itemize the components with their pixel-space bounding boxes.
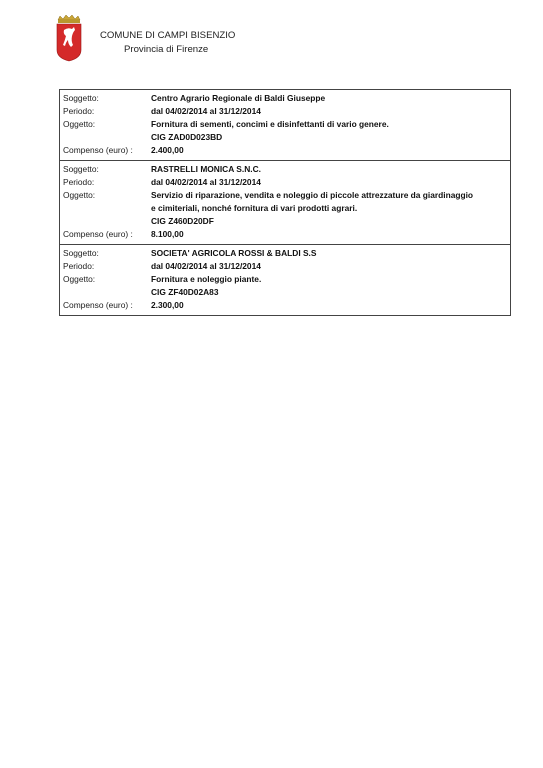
periodo-value: dal 04/02/2014 al 31/12/2014: [151, 176, 510, 189]
oggetto-row: Oggetto:Fornitura di sementi, concimi e …: [60, 118, 510, 144]
compenso-label: Compenso (euro) :: [60, 299, 151, 312]
oggetto-label: Oggetto:: [60, 189, 151, 228]
oggetto-line: e cimiteriali, nonché fornitura di vari …: [151, 202, 508, 215]
periodo-row: Periodo:dal 04/02/2014 al 31/12/2014: [60, 260, 510, 273]
oggetto-label: Oggetto:: [60, 273, 151, 299]
soggetto-label: Soggetto:: [60, 92, 151, 105]
province-name: Provincia di Firenze: [124, 44, 208, 55]
soggetto-value: Centro Agrario Regionale di Baldi Giusep…: [151, 92, 510, 105]
oggetto-value: Fornitura e noleggio piante.CIG ZF40D02A…: [151, 273, 510, 299]
soggetto-row: Soggetto:SOCIETA' AGRICOLA ROSSI & BALDI…: [60, 247, 510, 260]
oggetto-line: CIG ZAD0D023BD: [151, 131, 508, 144]
oggetto-line: CIG Z460D20DF: [151, 215, 508, 228]
soggetto-label: Soggetto:: [60, 163, 151, 176]
contract-record: Soggetto:SOCIETA' AGRICOLA ROSSI & BALDI…: [60, 244, 510, 315]
soggetto-value: SOCIETA' AGRICOLA ROSSI & BALDI S.S: [151, 247, 510, 260]
oggetto-value: Servizio di riparazione, vendita e noleg…: [151, 189, 510, 228]
compenso-row: Compenso (euro) :2.400,00: [60, 144, 510, 157]
contracts-table: Soggetto:Centro Agrario Regionale di Bal…: [59, 89, 511, 316]
compenso-label: Compenso (euro) :: [60, 228, 151, 241]
oggetto-line: CIG ZF40D02A83: [151, 286, 508, 299]
periodo-label: Periodo:: [60, 176, 151, 189]
compenso-row: Compenso (euro) :2.300,00: [60, 299, 510, 312]
compenso-row: Compenso (euro) :8.100,00: [60, 228, 510, 241]
periodo-label: Periodo:: [60, 260, 151, 273]
municipality-name: COMUNE DI CAMPI BISENZIO: [100, 30, 235, 41]
soggetto-value: RASTRELLI MONICA S.N.C.: [151, 163, 510, 176]
compenso-value: 8.100,00: [151, 228, 510, 241]
oggetto-label: Oggetto:: [60, 118, 151, 144]
periodo-label: Periodo:: [60, 105, 151, 118]
periodo-row: Periodo:dal 04/02/2014 al 31/12/2014: [60, 176, 510, 189]
coat-of-arms-icon: [54, 14, 84, 62]
oggetto-row: Oggetto:Servizio di riparazione, vendita…: [60, 189, 510, 228]
oggetto-line: Servizio di riparazione, vendita e noleg…: [151, 189, 508, 202]
oggetto-line: Fornitura e noleggio piante.: [151, 273, 508, 286]
compenso-value: 2.300,00: [151, 299, 510, 312]
soggetto-row: Soggetto:RASTRELLI MONICA S.N.C.: [60, 163, 510, 176]
oggetto-line: Fornitura di sementi, concimi e disinfet…: [151, 118, 508, 131]
compenso-value: 2.400,00: [151, 144, 510, 157]
oggetto-row: Oggetto:Fornitura e noleggio piante.CIG …: [60, 273, 510, 299]
soggetto-label: Soggetto:: [60, 247, 151, 260]
periodo-row: Periodo:dal 04/02/2014 al 31/12/2014: [60, 105, 510, 118]
oggetto-value: Fornitura di sementi, concimi e disinfet…: [151, 118, 510, 144]
periodo-value: dal 04/02/2014 al 31/12/2014: [151, 105, 510, 118]
periodo-value: dal 04/02/2014 al 31/12/2014: [151, 260, 510, 273]
compenso-label: Compenso (euro) :: [60, 144, 151, 157]
contract-record: Soggetto:RASTRELLI MONICA S.N.C.Periodo:…: [60, 160, 510, 244]
soggetto-row: Soggetto:Centro Agrario Regionale di Bal…: [60, 92, 510, 105]
contract-record: Soggetto:Centro Agrario Regionale di Bal…: [60, 90, 510, 160]
